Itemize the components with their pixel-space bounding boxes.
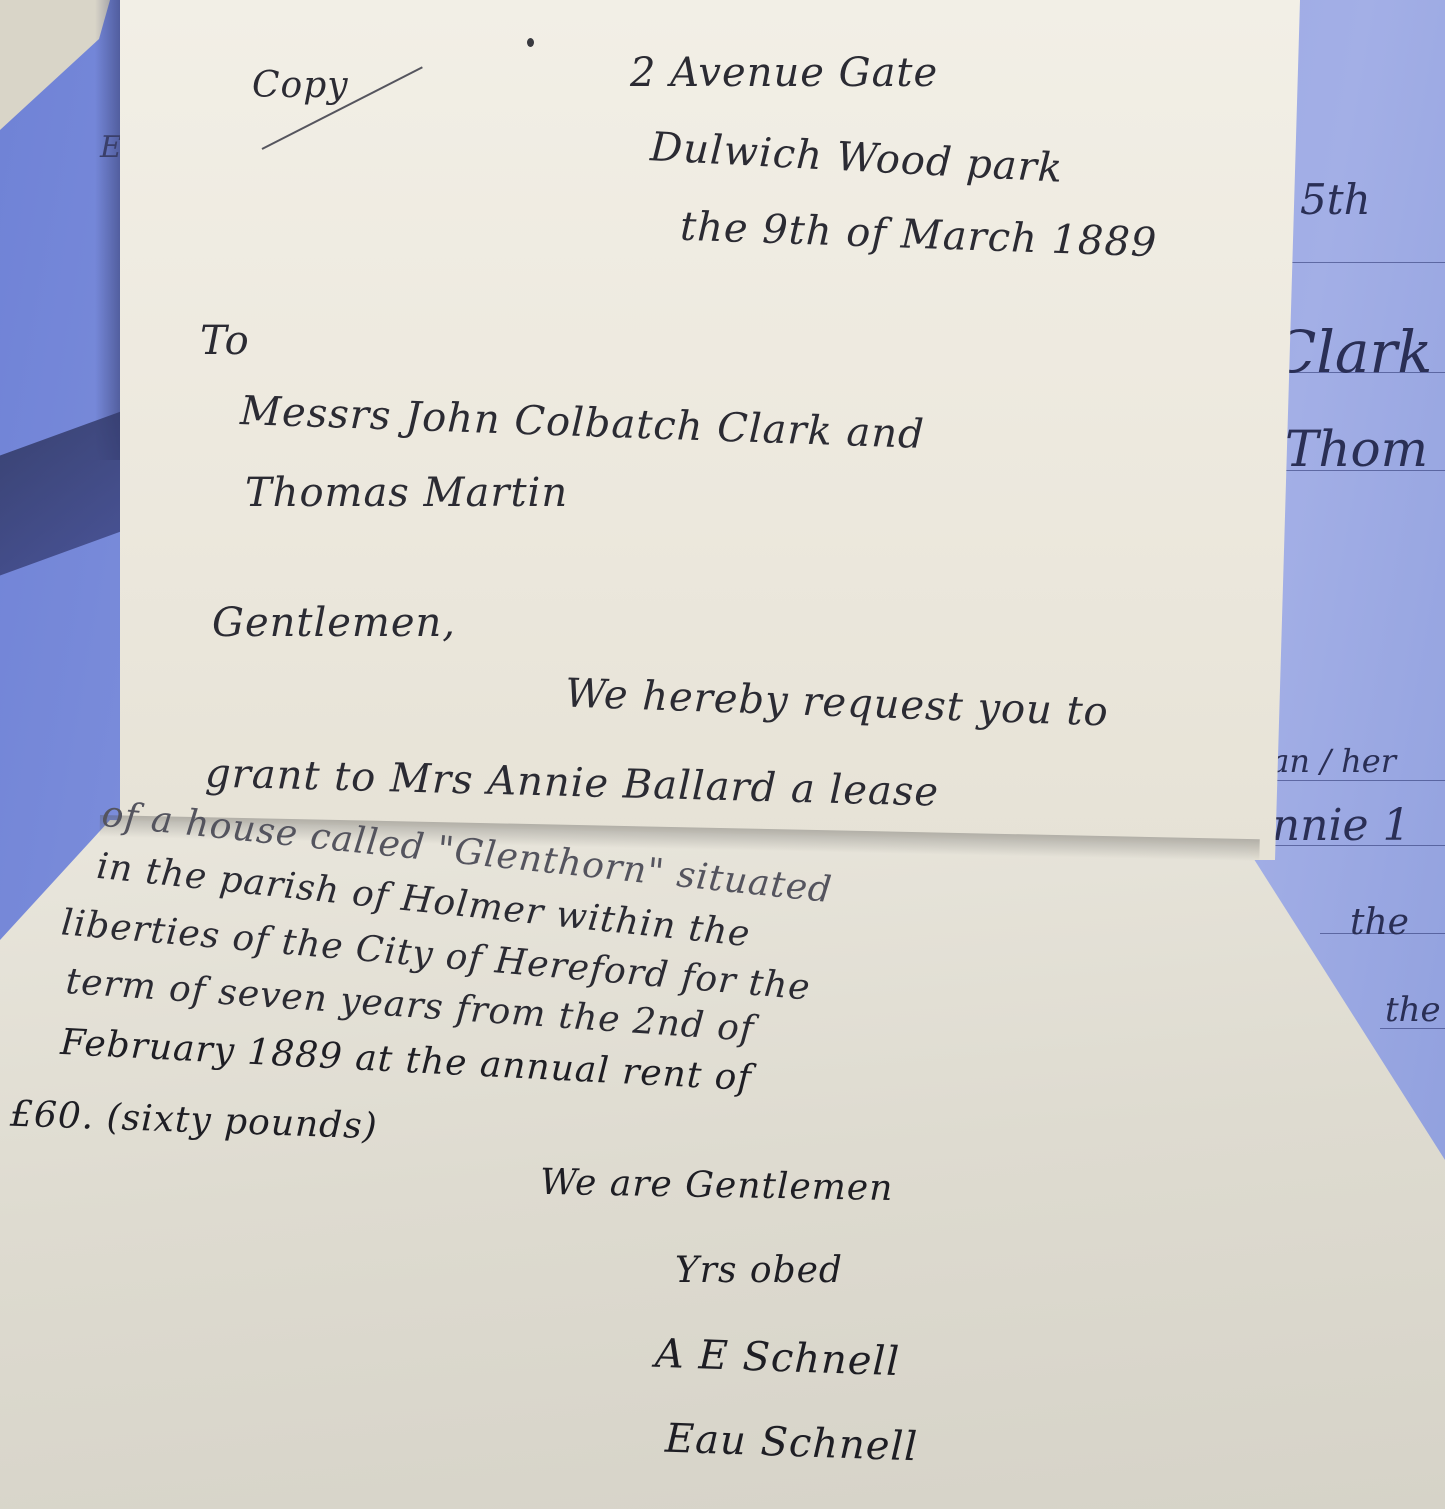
address-line-1: 2 Avenue Gate: [630, 50, 938, 96]
background-text-mark: E: [100, 130, 122, 165]
background-text-fragment: the: [1385, 990, 1441, 1030]
salutation-to: To: [200, 318, 250, 364]
signature-1: A E Schnell: [654, 1331, 901, 1386]
copy-mark: Copy: [252, 65, 349, 106]
recipients-line-2: Thomas Martin: [245, 470, 568, 516]
background-text-fragment: Thom: [1285, 420, 1428, 478]
closing-line-2: Yrs obed: [675, 1250, 843, 1291]
closing-line-1: We are Gentlemen: [540, 1162, 894, 1209]
greeting: Gentlemen,: [212, 600, 456, 646]
background-ruled-line: [1260, 780, 1445, 781]
background-text-fragment: 5th: [1300, 175, 1371, 224]
background-text-fragment: the: [1350, 902, 1409, 943]
signature-2: Eau Schnell: [664, 1416, 919, 1471]
background-text-fragment: Clark: [1272, 318, 1432, 386]
pin-hole: [527, 38, 534, 47]
background-ruled-line: [1290, 262, 1445, 263]
